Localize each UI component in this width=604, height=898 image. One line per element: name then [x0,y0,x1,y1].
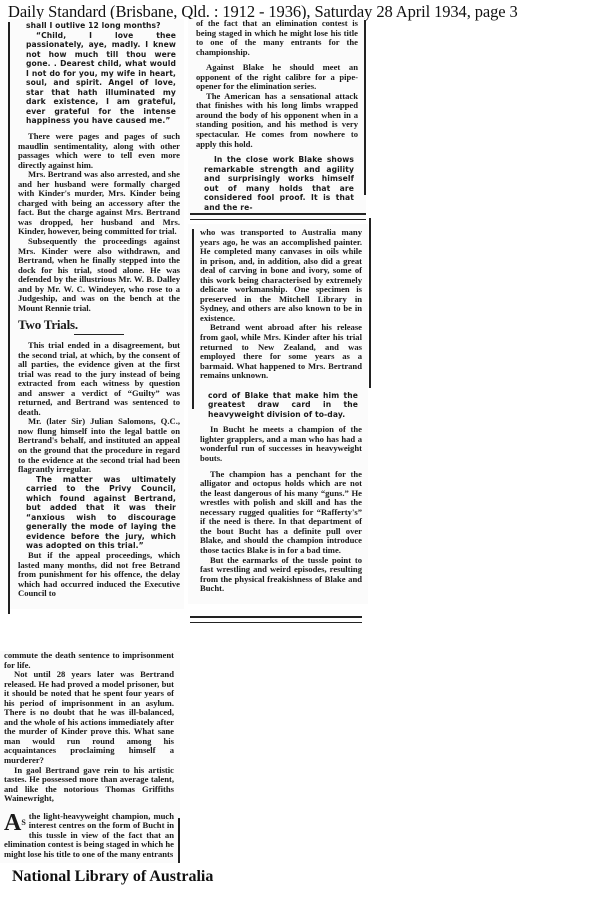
love-letter-quote: shall I outlive 12 long months? “Child, … [18,21,180,126]
clipping-wrestling-top: of the fact that an elimination contest … [188,19,366,219]
wrestling-block: In the close work Blake shows remarkable… [196,155,358,212]
paragraph: In gaol Bertrand gave rein to his artist… [4,766,174,804]
drop-cap: AS [4,813,26,833]
paragraph: cord of Blake that make him the greatest… [208,391,358,420]
paragraph: the light-heavyweight champion, much int… [4,811,174,859]
paragraph: In the close work Blake shows remarkable… [204,155,354,212]
paragraph: Mr. (later Sir) Julian Salomons, Q.C., n… [18,417,180,474]
paragraph: But the earmarks of the tussle point to … [200,556,362,594]
paragraph: Against Blake he should meet an opponent… [196,63,358,92]
column-rule-left [8,22,10,614]
column-rule-right-bottom-edge [369,218,371,388]
wrestling-lead: AS the light-heavyweight champion, much … [4,812,174,860]
column-rule-right-top [364,20,366,195]
wrestling-block: cord of Blake that make him the greatest… [200,391,362,420]
column-rule-right-bottom [192,229,194,409]
paragraph: Betrand went abroad after his release fr… [200,323,362,380]
paragraph: “Child, I love thee passionately, aye, m… [26,31,176,126]
paragraph: This trial ended in a disagreement, but … [18,341,180,417]
double-rule-bottom [190,616,362,623]
paragraph: The matter was ultimately carried to the… [26,475,176,551]
paragraph: commute the death sentence to imprisonme… [4,651,174,670]
clipping-wrestling-bottom: who was transported to Australia many ye… [188,224,368,604]
subheading-two-trials: Two Trials. [18,320,180,330]
paragraph: The American has a sensational attack th… [196,92,358,149]
column-rule-left-bottom [178,818,180,863]
divider [74,334,124,335]
paragraph: But if the appeal proceedings, which las… [18,551,180,599]
paragraph: Not until 28 years later was Bertrand re… [4,670,174,765]
paragraph: shall I outlive 12 long months? [26,21,176,31]
double-rule [190,213,366,220]
paragraph: of the fact that an elimination contest … [196,19,358,57]
clipping-bertrand-release: commute the death sentence to imprisonme… [0,651,180,863]
paragraph: who was transported to Australia many ye… [200,228,362,323]
paragraph: The champion has a penchant for the alli… [200,470,362,556]
paragraph: Subsequently the proceedings against Mrs… [18,237,180,313]
privy-council-block: The matter was ultimately carried to the… [18,475,180,551]
clipping-bertrand-trial: shall I outlive 12 long months? “Child, … [8,19,184,609]
paragraph: Mrs. Bertrand was also arrested, and she… [18,170,180,237]
paragraph: In Bucht he meets a champion of the ligh… [200,425,362,463]
footer-credit: National Library of Australia [12,868,213,886]
paragraph: There were pages and pages of such maudl… [18,132,180,170]
